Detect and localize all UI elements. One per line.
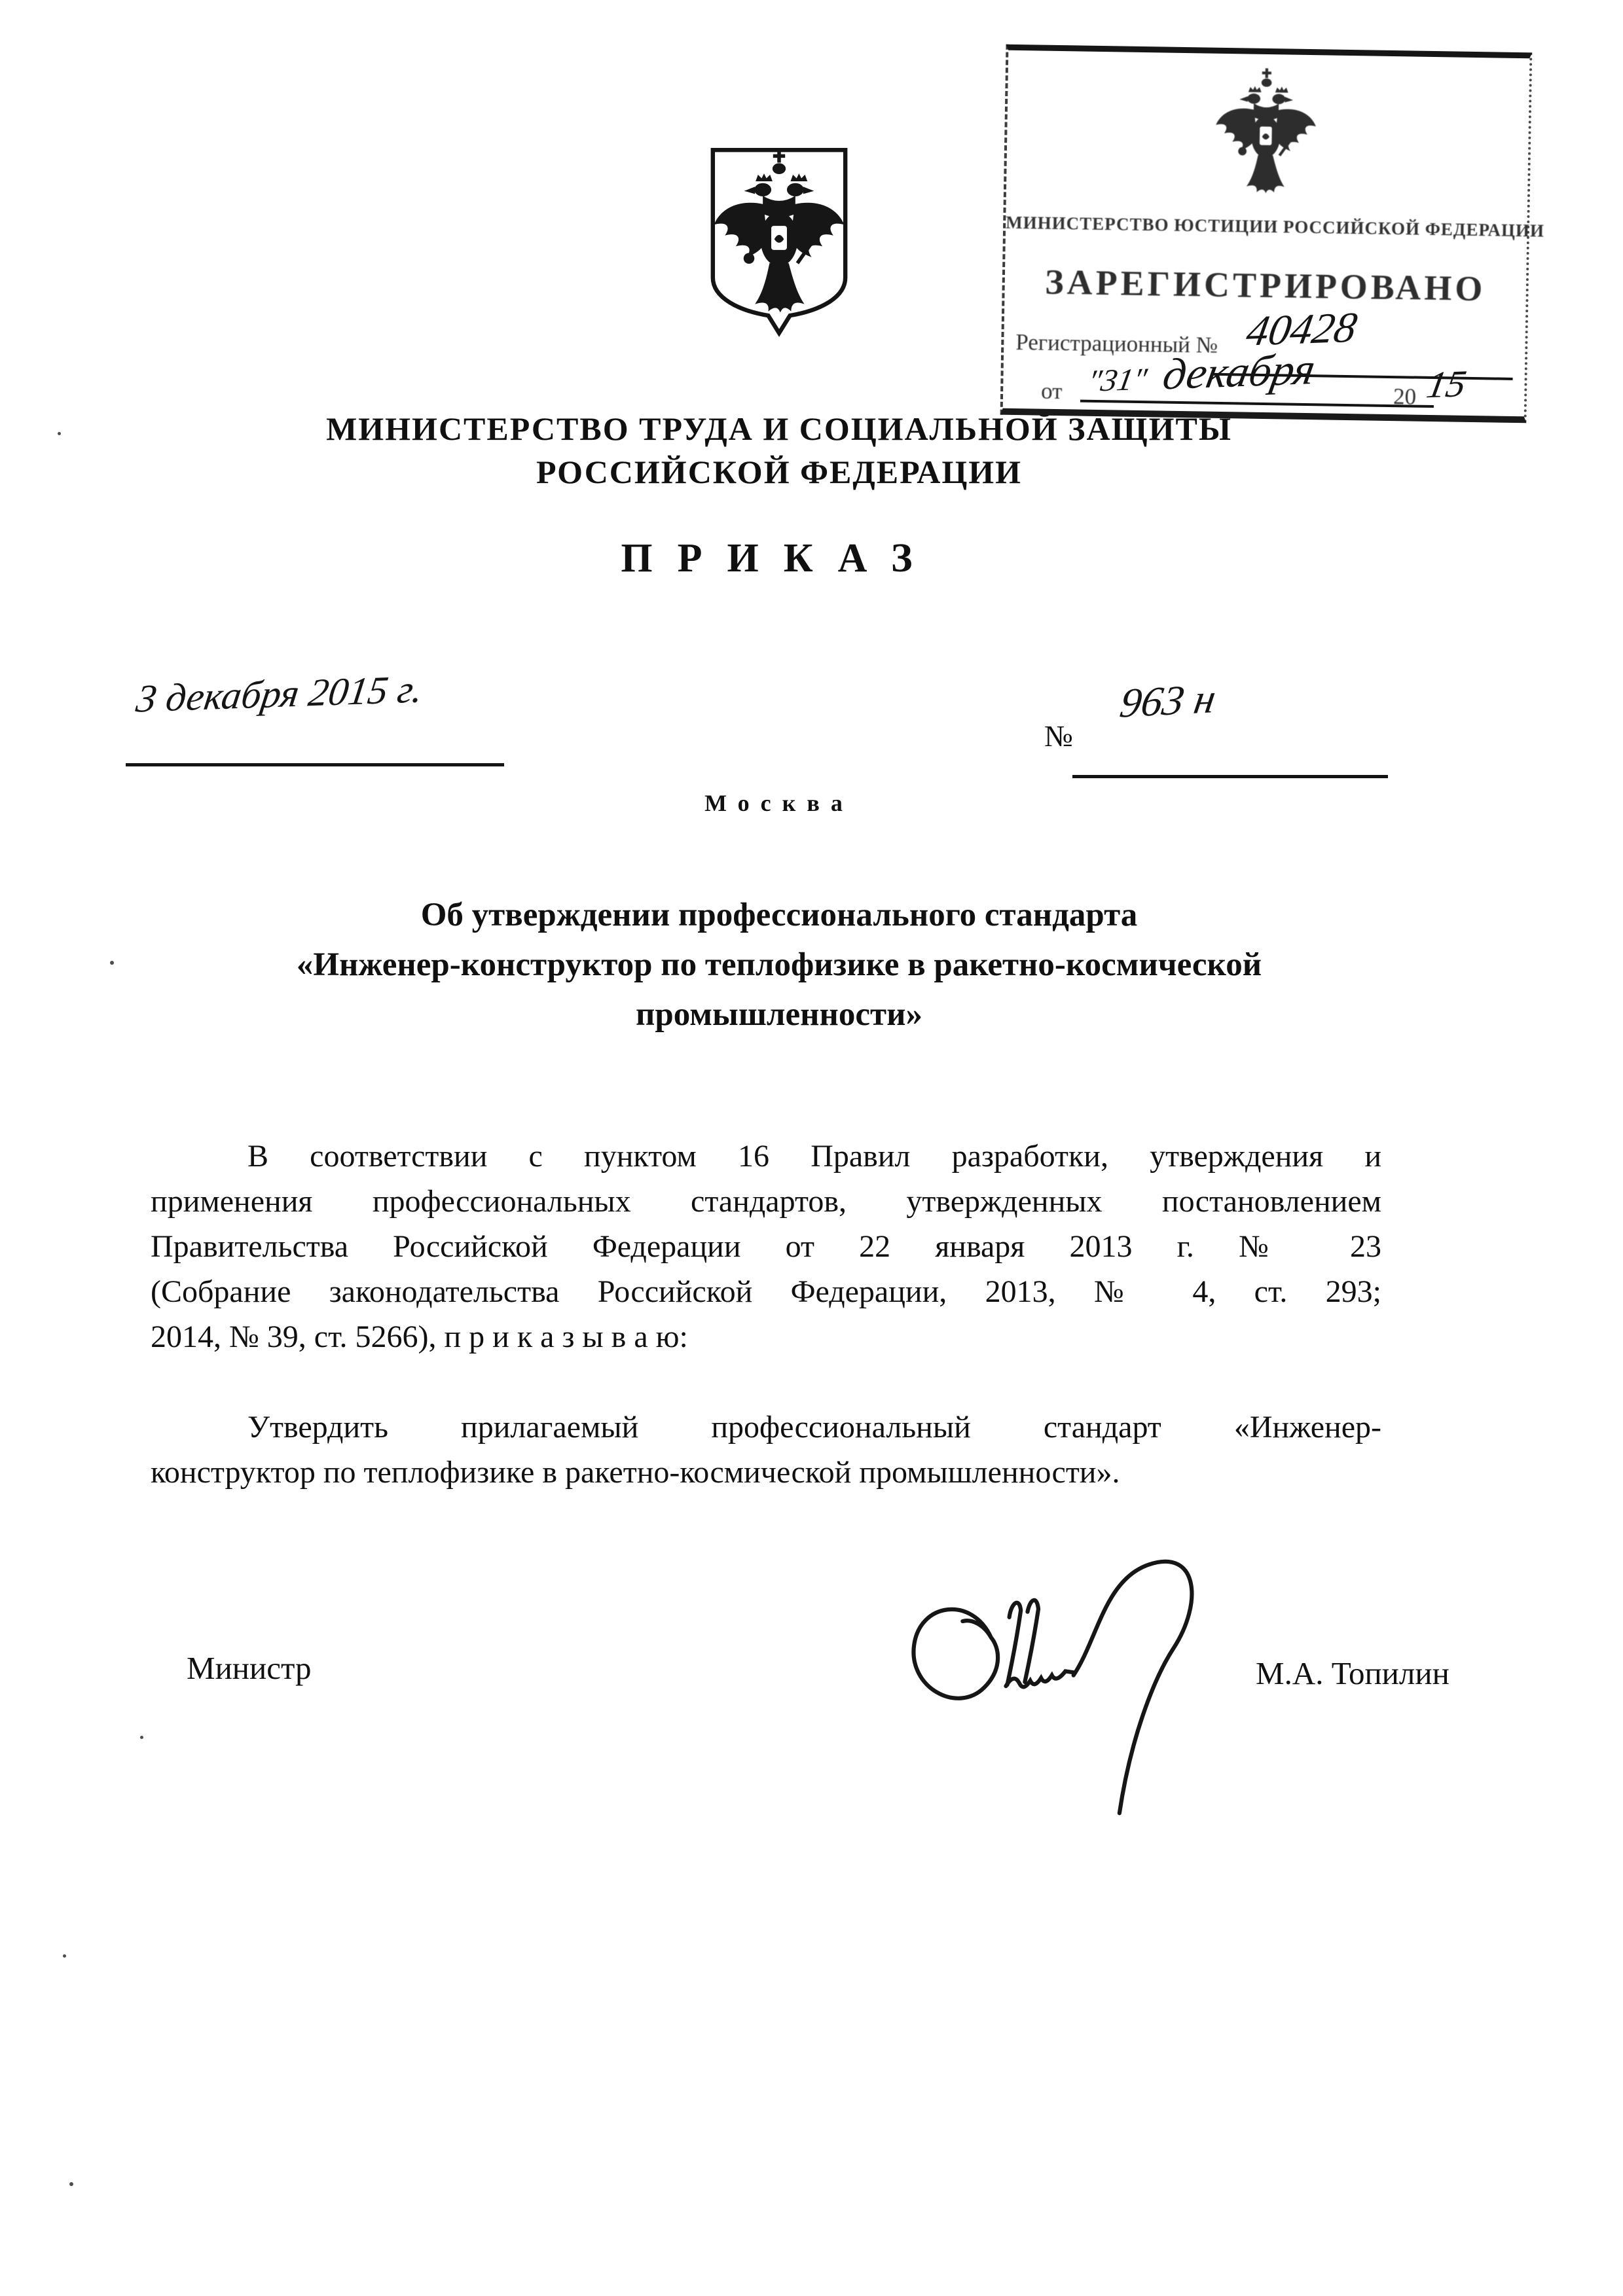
justice-registration-stamp: МИНИСТЕРСТВО ЮСТИЦИИ РОССИЙСКОЙ ФЕДЕРАЦИ…	[1000, 45, 1533, 423]
order-number-handwritten: 963 н	[1116, 674, 1219, 727]
ministry-name-line2: РОССИЙСКОЙ ФЕДЕРАЦИИ	[164, 453, 1395, 491]
body-line: В соответствии с пунктом 16 Правил разра…	[151, 1134, 1381, 1179]
minister-signature	[871, 1537, 1290, 1829]
stamp-ministry-line: МИНИСТЕРСТВО ЮСТИЦИИ РОССИЙСКОЙ ФЕДЕРАЦИ…	[1006, 213, 1527, 241]
subject-line: Об утверждении профессионального стандар…	[164, 890, 1395, 940]
body-line: (Собрание законодательства Российской Фе…	[151, 1269, 1381, 1314]
number-label: №	[1044, 719, 1073, 753]
scan-speck	[63, 1954, 66, 1958]
stamp-date-underline	[1080, 400, 1434, 408]
scan-speck	[140, 1736, 143, 1739]
justice-eagle-icon	[1209, 67, 1322, 207]
stamp-registered-label: ЗАРЕГИСТРИРОВАНО	[1004, 261, 1526, 310]
subject-line: «Инженер-конструктор по теплофизике в ра…	[164, 940, 1395, 990]
signer-name: М.А. Топилин	[1256, 1655, 1450, 1692]
stamp-date-prefix: от	[1041, 378, 1063, 405]
stamp-date-month: декабря	[1159, 343, 1320, 400]
city-label: Москва	[164, 789, 1395, 817]
order-date-handwritten: 3 декабря 2015 г.	[134, 666, 426, 721]
body-paragraph-2: Утвердить прилагаемый профессиональный с…	[151, 1405, 1381, 1495]
coat-of-arms-icon	[704, 144, 854, 339]
scan-speck	[69, 2182, 73, 2186]
body-paragraph-1: В соответствии с пунктом 16 Правил разра…	[151, 1134, 1381, 1359]
document-type-title: ПРИКАЗ	[164, 535, 1395, 582]
date-underline	[126, 763, 504, 766]
subject-line: промышленности»	[164, 990, 1395, 1039]
stamp-date-year-handwritten: 15	[1423, 361, 1469, 406]
body-line: применения профессиональных стандартов, …	[151, 1179, 1381, 1224]
scan-speck	[110, 961, 114, 965]
subject-block: Об утверждении профессионального стандар…	[164, 890, 1395, 1039]
number-underline	[1072, 775, 1388, 778]
stamp-date-day: "31"	[1085, 361, 1150, 399]
signer-position-label: Министр	[187, 1649, 312, 1687]
scan-speck	[58, 432, 61, 435]
body-line: Правительства Российской Федерации от 22…	[151, 1224, 1381, 1269]
body-line: 2014, № 39, ст. 5266), п р и к а з ы в а…	[151, 1314, 1381, 1359]
scanned-order-document: МИНИСТЕРСТВО ЮСТИЦИИ РОССИЙСКОЙ ФЕДЕРАЦИ…	[0, 0, 1623, 2296]
body-line: Утвердить прилагаемый профессиональный с…	[151, 1405, 1381, 1450]
body-line: конструктор по теплофизике в ракетно-кос…	[151, 1450, 1381, 1495]
